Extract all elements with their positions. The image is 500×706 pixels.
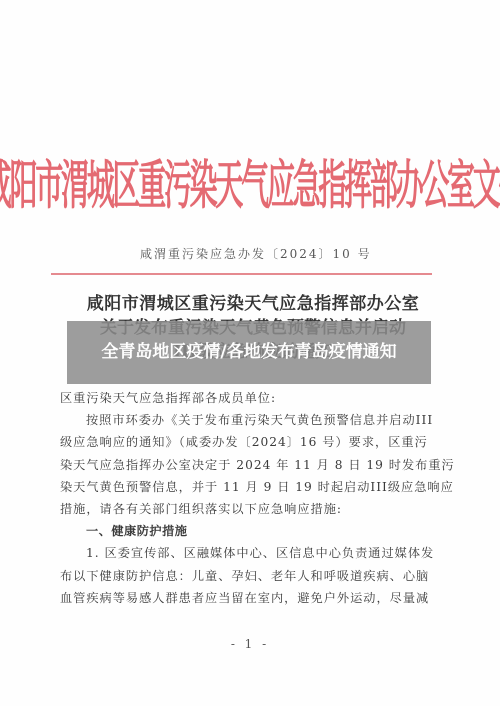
body-line: 血管疾病等易感人群患者应当留在室内，避免户外运动，尽量减 <box>60 587 440 609</box>
title-line: 咸阳市渭城区重污染天气应急指挥部办公室 <box>68 292 438 316</box>
document-page: 咸阳市渭城区重污染天气应急指挥部办公室文件 咸渭重污染应急办发〔2024〕10 … <box>0 0 500 706</box>
body-line: 1. 区委宣传部、区融媒体中心、区信息中心负责通过媒体发 <box>60 542 440 564</box>
document-body: 区重污染天气应急指挥部各成员单位: 按照市环委办《关于发布重污染天气黄色预警信息… <box>60 387 440 609</box>
body-line: 布以下健康防护信息：儿童、孕妇、老年人和呼吸道疾病、心脑 <box>60 565 440 587</box>
body-line: 措施，请各有关部门组织落实以下应急响应措施: <box>60 498 440 520</box>
headline-text[interactable]: 全青岛地区疫情/各地发布青岛疫情通知 <box>79 341 419 364</box>
headline-overlay-banner[interactable]: 全青岛地区疫情/各地发布青岛疫情通知 <box>67 321 431 384</box>
section-heading: 一、健康防护措施 <box>60 520 440 542</box>
body-line: 染天气应急指挥办公室决定于 2024 年 11 月 8 日 19 时发布重污 <box>60 454 440 476</box>
body-line: 级应急响应的通知》（咸委办发〔2024〕16 号）要求，区重污 <box>60 431 440 453</box>
body-line: 区重污染天气应急指挥部各成员单位: <box>60 387 440 409</box>
document-number: 咸渭重污染应急办发〔2024〕10 号 <box>140 245 370 262</box>
red-divider <box>51 273 432 275</box>
body-line: 染天气黄色预警信息，并于 11 月 9 日 19 时起启动III级应急响应 <box>60 476 440 498</box>
page-number: - 1 - <box>0 637 500 651</box>
document-red-header: 咸阳市渭城区重污染天气应急指挥部办公室文件 <box>90 136 418 226</box>
body-line: 按照市环委办《关于发布重污染天气黄色预警信息并启动III <box>60 409 440 431</box>
